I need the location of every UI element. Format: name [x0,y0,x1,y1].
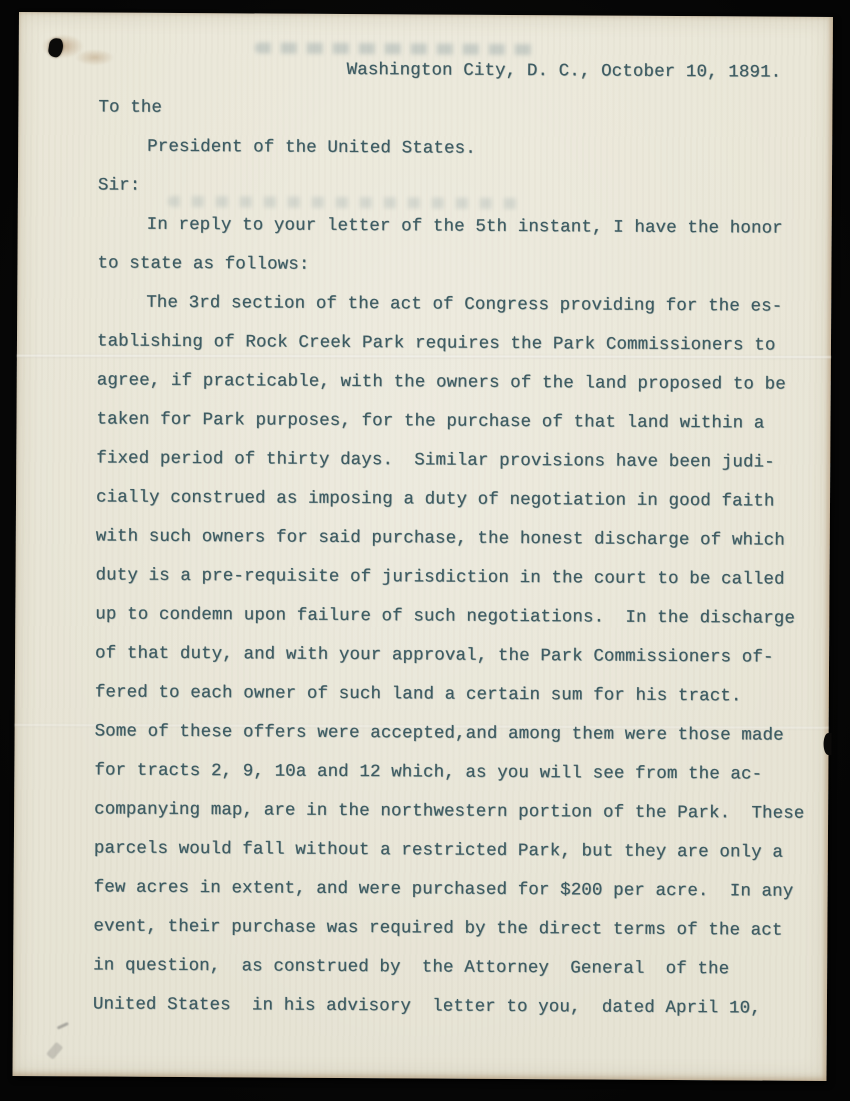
letter-line: taken for Park purposes, for the purchas… [96,400,816,443]
letter-line: Sir: [98,166,818,209]
letter-line: duty is a pre-requisite of jurisdiction … [95,556,815,599]
letter-line: companying map, are in the northwestern … [94,790,814,833]
letter-line: To the [98,88,818,131]
letter-line: parcels would fall without a restricted … [94,829,814,872]
letter-line: event, their purchase was required by th… [93,907,813,950]
pencil-mark [57,1022,69,1030]
letter-page: Washington City, D. C., October 10, 1891… [13,12,833,1081]
letter-line: up to condemn upon failure of such negot… [95,595,815,638]
letter-body: Washington City, D. C., October 10, 1891… [93,49,819,1028]
letter-line: fered to each owner of such land a certa… [95,673,815,716]
letter-line: agree, if practicable, with the owners o… [97,361,817,404]
letter-line: President of the United States. [98,127,818,170]
letter-line: Washington City, D. C., October 10, 1891… [99,49,819,92]
letter-line: fixed period of thirty days. Similar pro… [96,439,816,482]
letter-line: few acres in extent, and were purchased … [94,868,814,911]
letter-line: of that duty, and with your approval, th… [95,634,815,677]
letter-line: cially construed as imposing a duty of n… [96,478,816,521]
pencil-mark [46,1042,63,1060]
letter-line: tablishing of Rock Creek Park requires t… [97,322,817,365]
letter-line: to state as follows: [97,244,817,287]
letter-line: in question, as construed by the Attorne… [93,946,813,989]
letter-line: for tracts 2, 9, 10a and 12 which, as yo… [94,751,814,794]
letter-line: United States in his advisory letter to … [93,985,813,1028]
letter-line: In reply to your letter of the 5th insta… [98,205,818,248]
pencil-smudge [43,1020,83,1072]
edge-notch [823,733,831,755]
letter-line: with such owners for said purchase, the … [96,517,816,560]
letter-line: Some of these offers were accepted,and a… [94,712,814,755]
letter-line: The 3rd section of the act of Congress p… [97,283,817,326]
